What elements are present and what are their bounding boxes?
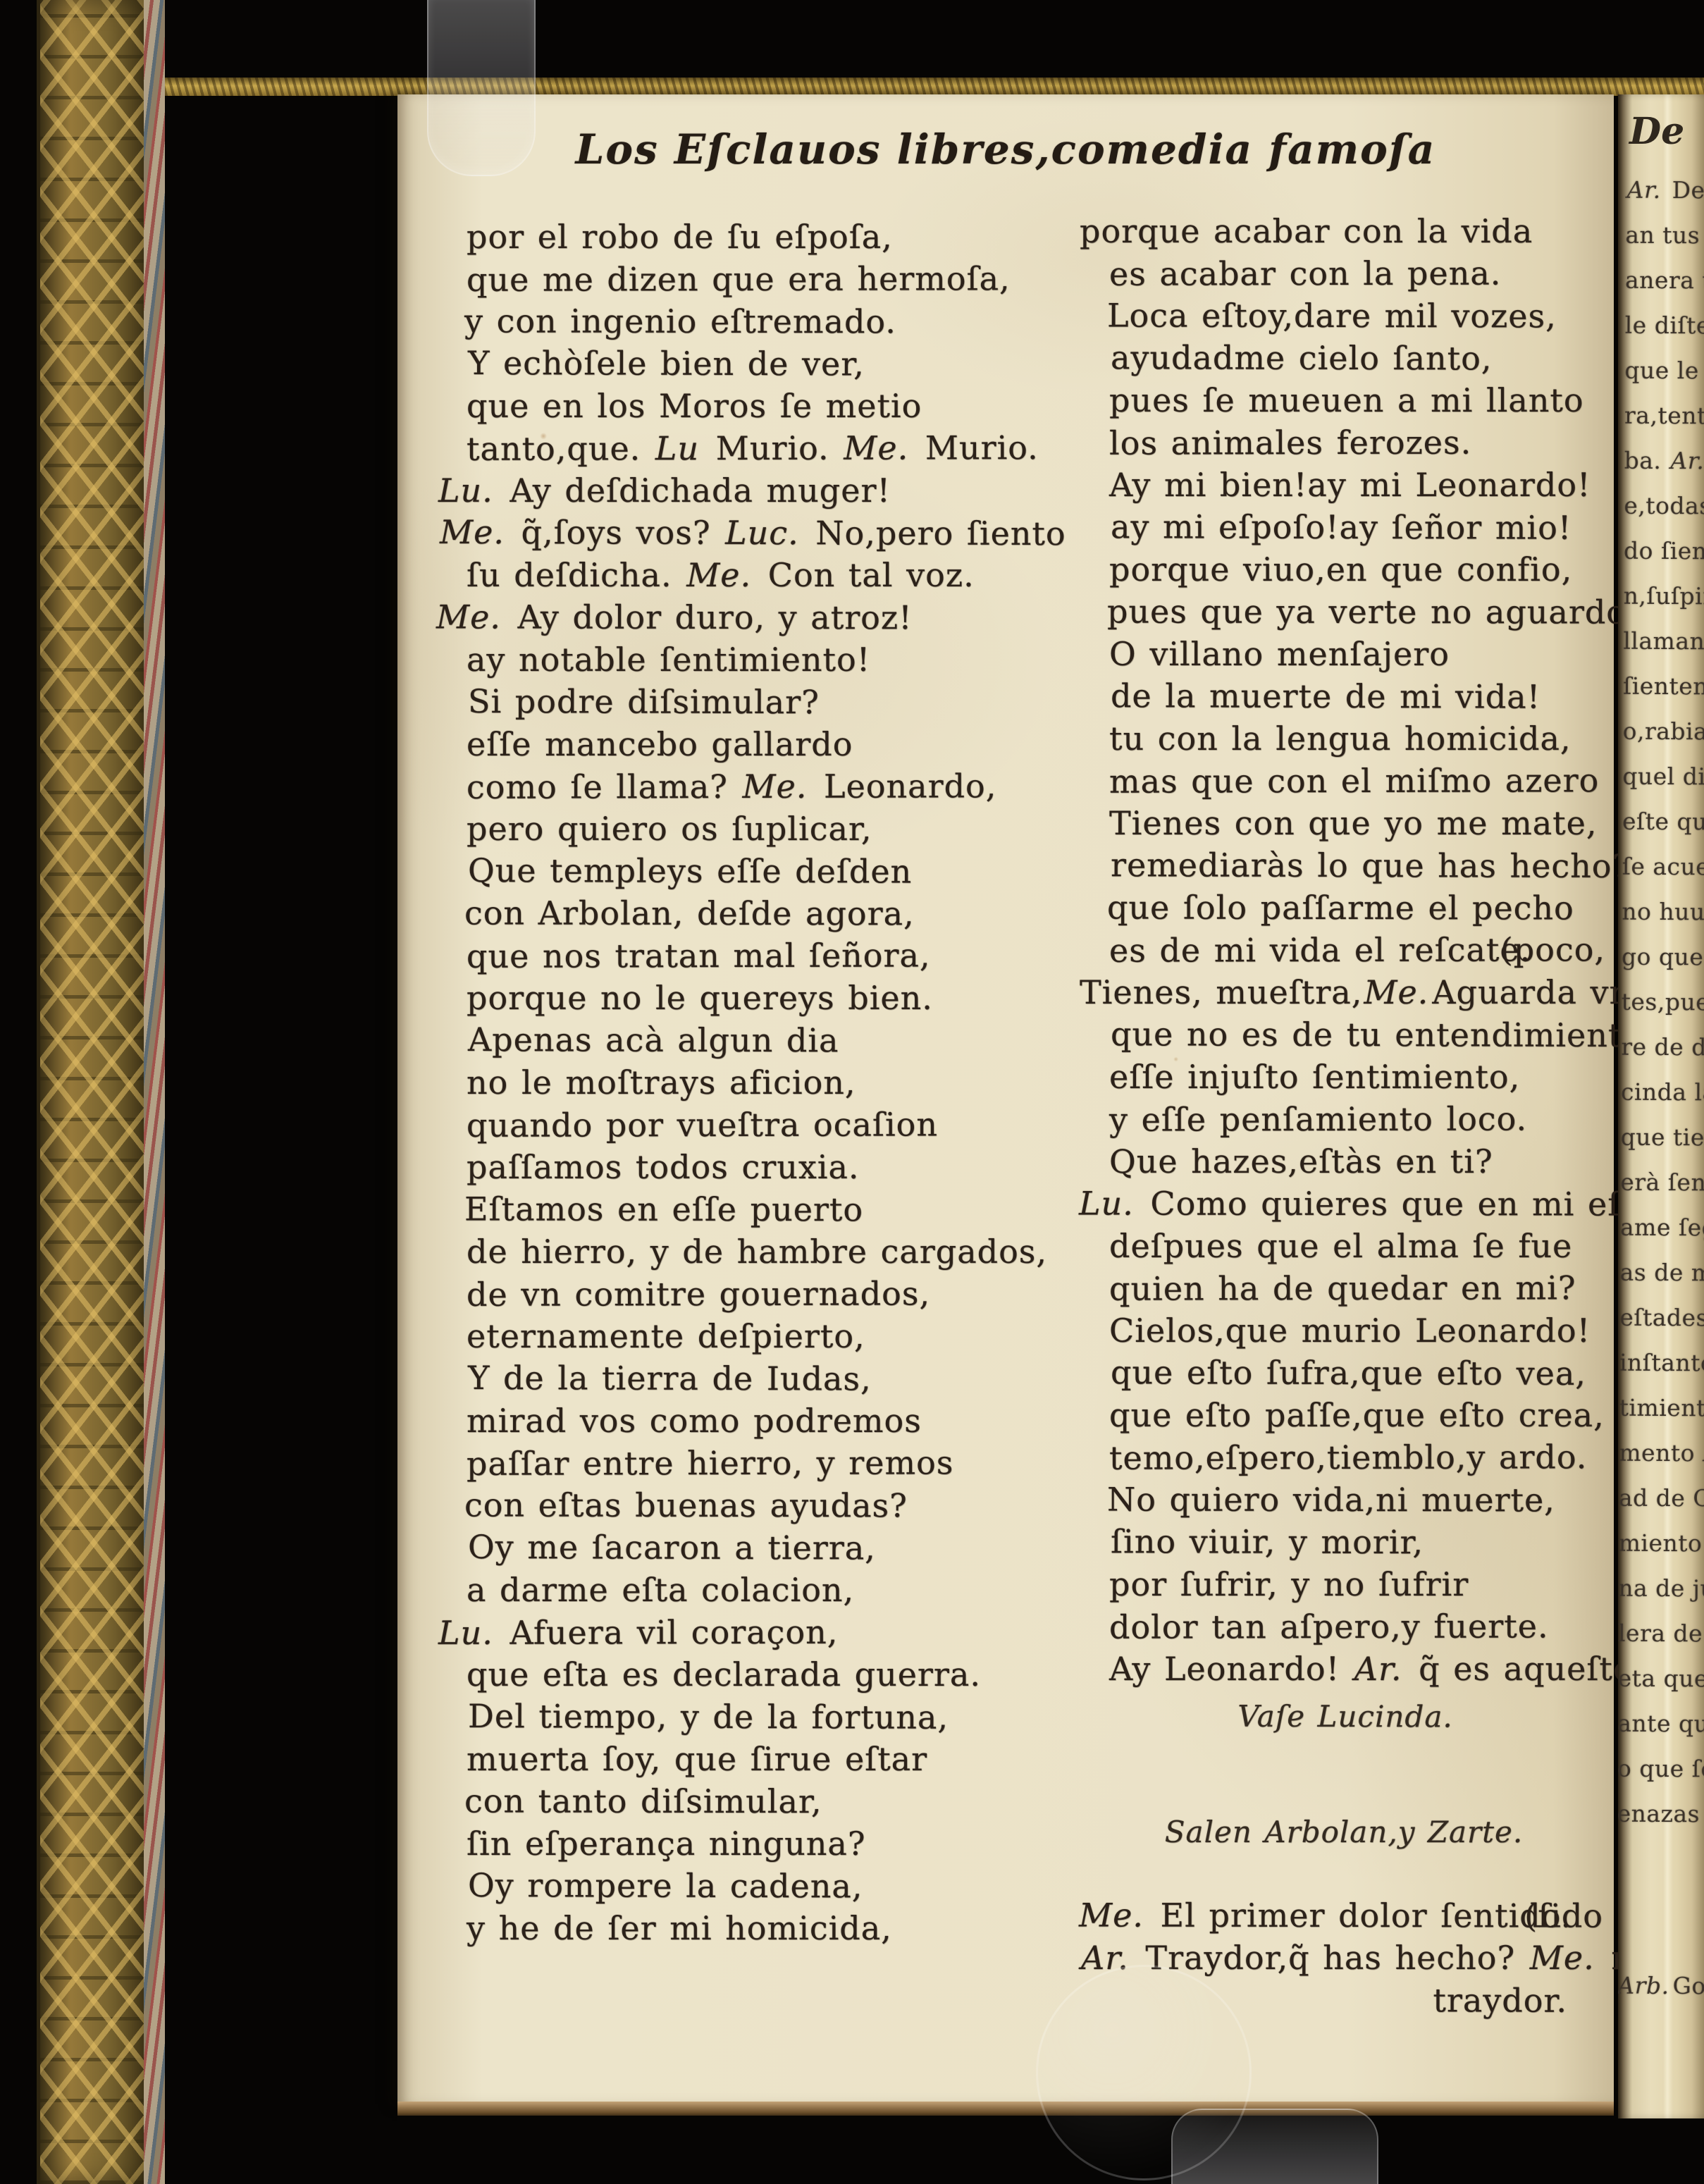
verse-line: Tienes, mueſtra,Me.Aguarda vn xyxy=(1080,971,1608,1013)
verse-line: as de muger xyxy=(1619,1250,1703,1296)
verse-line: timiento Eſ xyxy=(1619,1386,1702,1431)
book-photograph: Los Eſclauos libres,comedia famoſa por e… xyxy=(0,0,1704,2184)
marbled-board-edge xyxy=(144,0,165,2184)
verse-line: mento Afric xyxy=(1619,1431,1702,1476)
verse-line: eſſe mancebo gallardo xyxy=(437,723,1057,765)
verse-line: es acabar con la pena. xyxy=(1080,252,1608,295)
verse-line: remediaràs lo que has hecho? xyxy=(1081,844,1610,887)
verse-line: con Arbolan, deſde agora, xyxy=(435,892,1055,934)
plastic-clip-top xyxy=(427,0,536,176)
verse-line: pero quiero os ſuplicar, xyxy=(437,808,1057,850)
verse-line: n,ſuſpiran,pa xyxy=(1623,574,1704,619)
verse-line: ante que apa xyxy=(1618,1701,1700,1747)
verse-line: an tus quimer xyxy=(1625,213,1704,259)
page-bottom-edge xyxy=(397,2102,1614,2117)
verse-line: ſe acuerdan xyxy=(1622,844,1704,890)
verse-line: cinda la triſte xyxy=(1621,1070,1704,1116)
fore-edge-fragments: Ar. Deſnudan tus quimeranera te burlale … xyxy=(1618,168,1704,2009)
verse-line: Lu. Afuera vil coraçon, xyxy=(437,1610,1057,1654)
verse-line: do ſienten anſi. xyxy=(1624,529,1704,574)
catchword-fragment: Arb.Goza xyxy=(1618,1963,1699,2009)
catchword: (poco, xyxy=(1500,928,1605,970)
verse-line: es de mi vida el reſcate.(poco, xyxy=(1080,928,1608,972)
verse-line: pues ſe mueuen a mi llanto xyxy=(1080,379,1608,421)
verse-line: Ar. Deſnud xyxy=(1626,168,1704,214)
verse-line: ayudadme cielo ſanto, xyxy=(1081,336,1610,380)
verse-line: Apenas acà algun dia xyxy=(438,1018,1058,1062)
verse-line: ſin eſperança ninguna? xyxy=(437,1822,1057,1865)
verse-line: temo,eſpero,tiemblo,y ardo. xyxy=(1080,1436,1608,1479)
verse-line: Oy me ſacaron a tierra, xyxy=(438,1526,1058,1569)
gilt-top-edge xyxy=(165,78,1704,96)
verse-line: Tienes con que yo me mate, xyxy=(1080,802,1608,844)
verse-line: Ay Leonardo! Ar. q̃ es aqueſto? xyxy=(1080,1648,1608,1690)
verse-line: ay notable ſentimiento! xyxy=(437,638,1057,681)
verse-line: Eſtamos en eſſe puerto xyxy=(435,1187,1055,1230)
verse-line: mirad vos como podremos xyxy=(437,1400,1057,1442)
verse-line: Lu. Ay deſdichada muger! xyxy=(437,469,1057,512)
verse-line: con tanto diſsimular, xyxy=(435,1779,1055,1822)
verse-line: inſtante buel xyxy=(1619,1340,1703,1386)
verse-line: eſſe injuſto ſentimiento, xyxy=(1080,1056,1608,1098)
verse-line: y eſſe penſamiento loco. xyxy=(1080,1097,1608,1141)
verse-line: eſte que viend xyxy=(1622,799,1704,845)
verse-line: enazas de col xyxy=(1618,1791,1700,1837)
verse-line: que eſto ſufra,que eſto vea, xyxy=(1081,1351,1610,1395)
verse-line: porque acabar con la vida xyxy=(1080,210,1608,252)
page-edge-stack xyxy=(165,78,397,2184)
verse-line: ay mi eſpoſo!ay ſeñor mio! xyxy=(1081,505,1610,549)
verse-line: con eſtas buenas ayudas? xyxy=(435,1483,1055,1526)
verse-line: eternamente deſpierto, xyxy=(437,1315,1057,1357)
verse-line: ra,tente,ay de xyxy=(1624,393,1704,439)
verse-line: tu con la lengua homicida, xyxy=(1080,717,1608,760)
verse-line: deſpues que el alma ſe fue xyxy=(1080,1225,1608,1267)
verse-line: a darme eſta colacion, xyxy=(437,1569,1057,1611)
verse-line: Si podre diſsimular? xyxy=(438,680,1058,724)
verse-line: y he de ſer mi homicida, xyxy=(437,1907,1057,1949)
verse-column-right: porque acabar con la vidaes acabar con l… xyxy=(1080,210,1608,2021)
verse-line: No quiero vida,ni muerte, xyxy=(1078,1478,1606,1521)
verse-line: llaman,adiui xyxy=(1623,619,1704,665)
verse-line: Que hazes,eſtàs en ti? xyxy=(1080,1140,1608,1183)
verse-line: que nos tratan mal ſeñora, xyxy=(437,934,1057,977)
verse-line: Lu. Como quieres que en mi eſtè xyxy=(1078,1182,1606,1225)
verse-line: no huuiera pa xyxy=(1622,889,1704,935)
verse-line: por el robo de ſu eſpoſa, xyxy=(437,216,1057,258)
stage-direction: Salen Arbolan,y Zarte. xyxy=(1080,1811,1608,1853)
verse-line: Y echòſele bien de ver, xyxy=(438,342,1058,385)
verse-line: ame ſeguir mi xyxy=(1620,1205,1703,1251)
verse-line: de la muerte de mi vida! xyxy=(1081,674,1610,718)
verse-line: ſino viuir, y morir, xyxy=(1081,1520,1610,1564)
verse-line: Me. q̃,ſoys vos? Luc. No,pero ſiento xyxy=(438,511,1058,555)
verse-line: paſſamos todos cruxia. xyxy=(437,1146,1057,1188)
verse-line: re de dos dia xyxy=(1621,1025,1704,1071)
verse-line: dolor tan aſpero,y fuerte. xyxy=(1080,1605,1608,1648)
verse-line: de vn comitre gouernados, xyxy=(437,1272,1057,1316)
verse-line: tanto,que. Lu Murio. Me. Murio. xyxy=(437,426,1057,470)
verse-line: como ſe llama? Me. Leonardo, xyxy=(437,765,1057,808)
verse-line: que en los Moros ſe metio xyxy=(437,385,1057,427)
running-title: Los Eſclauos libres,comedia famoſa xyxy=(397,125,1614,173)
verse-line: que me dizen que era hermoſa, xyxy=(437,257,1057,301)
verse-line: lera de France xyxy=(1618,1611,1701,1657)
verse-line: ad de Calabr xyxy=(1619,1476,1702,1522)
verse-line: y con ingenio eſtremado. xyxy=(435,300,1055,343)
catchword: (ſido xyxy=(1524,1894,1603,1937)
verse-line: Cielos,que murio Leonardo! xyxy=(1080,1309,1608,1352)
verse-line: O villano menſajero xyxy=(1080,633,1608,675)
verse-line: porque viuo,en que confio, xyxy=(1080,548,1608,591)
verse-line: Ay mi bien!ay mi Leonardo! xyxy=(1080,464,1608,506)
verse-line: pues que ya verte no aguardo? xyxy=(1078,590,1606,633)
verse-line: na de jugador xyxy=(1618,1566,1701,1612)
verse-line: o,rabian, y en xyxy=(1622,709,1704,755)
verse-line: que tiene raz xyxy=(1620,1115,1703,1161)
verse-line: erà ſentimien xyxy=(1620,1160,1703,1206)
verse-line: los animales ferozes. xyxy=(1080,421,1608,464)
verse-line: ſu deſdicha. Me. Con tal voz. xyxy=(437,554,1057,596)
verse-line: ſienten,imagi xyxy=(1623,664,1704,710)
glass-weight-disc xyxy=(1036,1965,1252,2180)
verse-line: porque no le quereys bien. xyxy=(437,977,1057,1019)
verse-line: quando por vueſtra ocaſion xyxy=(437,1103,1057,1147)
verse-line: eſtades de V xyxy=(1619,1295,1703,1341)
verse-line: o que ſe deſua xyxy=(1618,1746,1700,1792)
verse-line: miento de an xyxy=(1618,1521,1701,1567)
verse-line: quien ha de quedar en mi? xyxy=(1080,1266,1608,1310)
verse-line: Me. Ay dolor duro, y atroz! xyxy=(435,596,1055,638)
verse-line: eta que viue, xyxy=(1618,1656,1701,1702)
verse-line: Del tiempo, y de la fortuna, xyxy=(438,1695,1058,1739)
verse-line: paſſar entre hierro, y remos xyxy=(437,1441,1057,1485)
verse-column-left: por el robo de ſu eſpoſa,que me dizen qu… xyxy=(437,216,1057,1949)
verse-line: no le moſtrays aficion, xyxy=(437,1061,1057,1104)
verse-line: por ſufrir, y no ſufrir xyxy=(1080,1563,1608,1605)
next-page-header-fragment: De xyxy=(1629,110,1684,153)
verse-line: anera te burla xyxy=(1625,258,1704,304)
verse-line: Y de la tierra de Iudas, xyxy=(438,1357,1058,1400)
verse-line: que eſta es declarada guerra. xyxy=(437,1653,1057,1696)
verse-line: Loca eſtoy,dare mil vozes, xyxy=(1078,294,1606,337)
verse-line: que le des de xyxy=(1624,348,1704,394)
verse-line: mas que con el miſmo azero xyxy=(1080,759,1608,803)
book-page: Los Eſclauos libres,comedia famoſa por e… xyxy=(397,94,1614,2104)
verse-line: de hierro, y de hambre cargados, xyxy=(437,1230,1057,1273)
verse-line: go que la cabe xyxy=(1622,934,1704,980)
verse-line: le diſte de bu xyxy=(1624,303,1704,349)
verse-line: tes,pues de ſo xyxy=(1621,980,1704,1025)
verse-line: Oy rompere la cadena, xyxy=(438,1864,1058,1908)
verse-line: quel dia llora xyxy=(1622,754,1704,800)
binding-gold-tooling xyxy=(37,0,152,2184)
next-page-fore-edge: De Ar. Deſnudan tus quimeranera te burla… xyxy=(1618,94,1704,2118)
stage-direction: Vaſe Lucinda. xyxy=(1081,1695,1610,1739)
verse-line: que no es de tu entendimiento xyxy=(1081,1013,1610,1056)
verse-line: que ſolo paſſarme el pecho xyxy=(1078,886,1606,929)
verse-line: ba. Ar. Engañar xyxy=(1624,438,1704,484)
verse-line: que eſto paſſe,que eſto crea, xyxy=(1080,1394,1608,1436)
verse-line: Me. El primer dolor ſentido.(ſido xyxy=(1078,1894,1606,1937)
verse-line: Que templeys eſſe deſden xyxy=(438,849,1058,893)
verse-line: muerta ſoy, que ſirue eſtar xyxy=(437,1738,1057,1780)
verse-line: e,todas las mug xyxy=(1624,483,1704,529)
